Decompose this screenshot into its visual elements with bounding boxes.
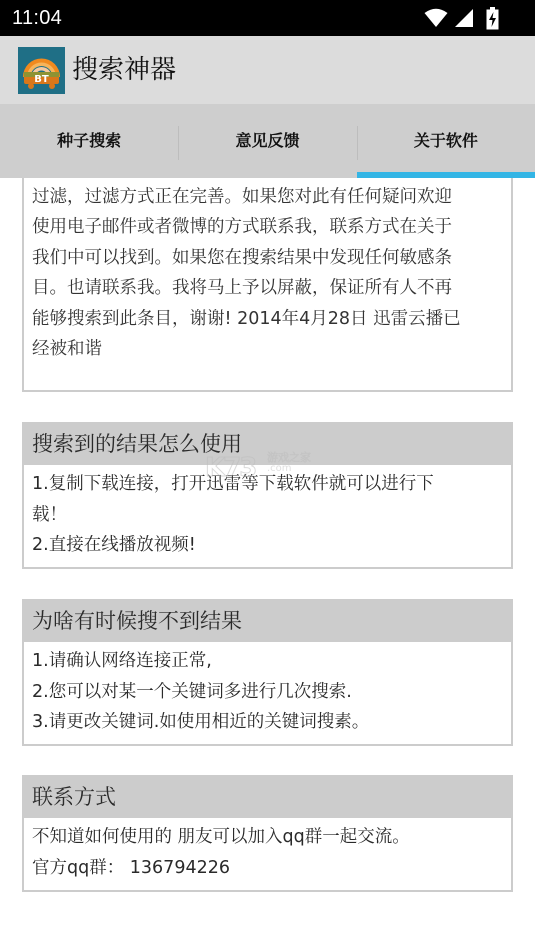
- card-body: 1.复制下载连接，打开迅雷等下载软件就可以进行下 载！ 2.直接在线播放视频!: [24, 465, 511, 567]
- app-logo-icon: BT: [18, 47, 65, 94]
- status-icons: [424, 7, 499, 29]
- tab-about[interactable]: 关于软件: [357, 104, 535, 178]
- signal-icon: [454, 8, 474, 28]
- card-why-no-results: 为啥有时候搜不到结果 1.请确认网络连接正常, 2.您可以对某一个关键词多进行几…: [22, 599, 513, 746]
- card-body: 1.请确认网络连接正常, 2.您可以对某一个关键词多进行几次搜索. 3.请更改关…: [24, 642, 511, 744]
- card-text-line: 不知道如何使用的 朋友可以加入qq群一起交流。: [32, 822, 503, 853]
- card-text-line: 2.直接在线播放视频!: [32, 530, 503, 561]
- wifi-icon: [424, 8, 448, 28]
- status-bar: 11:04: [0, 0, 535, 36]
- card-text-line: 过滤，过滤方式正在完善。如果您对此有任何疑问欢迎: [32, 182, 503, 213]
- card-contact: 联系方式 不知道如何使用的 朋友可以加入qq群一起交流。 官方qq群： 1367…: [22, 775, 513, 892]
- card-text-line: 经被和谐: [32, 334, 503, 365]
- tab-feedback[interactable]: 意见反馈: [178, 104, 356, 178]
- card-content-filter-notice: 为了营造健康的网络环境，某些敏感的搜索结果将会被 过滤，过滤方式正在完善。如果您…: [22, 178, 513, 392]
- card-text-line: 载！: [32, 500, 503, 531]
- card-text-line: 能够搜索到此条目，谢谢! 2014年4月28日 迅雷云播已: [32, 304, 503, 335]
- tab-label: 意见反馈: [235, 128, 299, 151]
- tab-label: 关于软件: [414, 128, 478, 151]
- about-content-scroll[interactable]: 为了营造健康的网络环境，某些敏感的搜索结果将会被 过滤，过滤方式正在完善。如果您…: [0, 178, 535, 951]
- svg-text:BT: BT: [34, 74, 49, 85]
- qq-group-line: 官方qq群： 136794226: [32, 853, 503, 884]
- status-time: 11:04: [12, 5, 62, 31]
- tab-torrent-search[interactable]: 种子搜索: [0, 104, 178, 178]
- card-text-line: 1.复制下载连接，打开迅雷等下载软件就可以进行下: [32, 469, 503, 500]
- card-title: 搜索到的结果怎么使用: [24, 424, 511, 465]
- card-body: 不知道如何使用的 朋友可以加入qq群一起交流。 官方qq群： 136794226: [24, 818, 511, 889]
- card-text-line: 1.请确认网络连接正常,: [32, 646, 503, 677]
- card-text-line: 使用电子邮件或者微博的方式联系我，联系方式在关于: [32, 212, 503, 243]
- card-title: 联系方式: [24, 777, 511, 818]
- card-text-line: 目。也请联系我。我将马上予以屏蔽，保证所有人不再: [32, 273, 503, 304]
- tab-bar: 种子搜索 意见反馈 关于软件: [0, 104, 535, 178]
- battery-charging-icon: [486, 7, 499, 30]
- card-text-line: 2.您可以对某一个关键词多进行几次搜索.: [32, 677, 503, 708]
- card-text-line: 3.请更改关键词.如使用相近的关键词搜素。: [32, 707, 503, 738]
- card-title: 为啥有时候搜不到结果: [24, 601, 511, 642]
- card-text-line: 为了营造健康的网络环境，某些敏感的搜索结果将会被: [32, 178, 503, 182]
- tab-label: 种子搜索: [57, 128, 121, 151]
- app-bar: BT 搜索神器: [0, 36, 535, 104]
- card-body: 为了营造健康的网络环境，某些敏感的搜索结果将会被 过滤，过滤方式正在完善。如果您…: [24, 178, 511, 371]
- card-how-to-use-results: 搜索到的结果怎么使用 1.复制下载连接，打开迅雷等下载软件就可以进行下 载！ 2…: [22, 422, 513, 569]
- card-text-line: 我们中可以找到。如果您在搜索结果中发现任何敏感条: [32, 243, 503, 274]
- app-title: 搜索神器: [72, 51, 176, 89]
